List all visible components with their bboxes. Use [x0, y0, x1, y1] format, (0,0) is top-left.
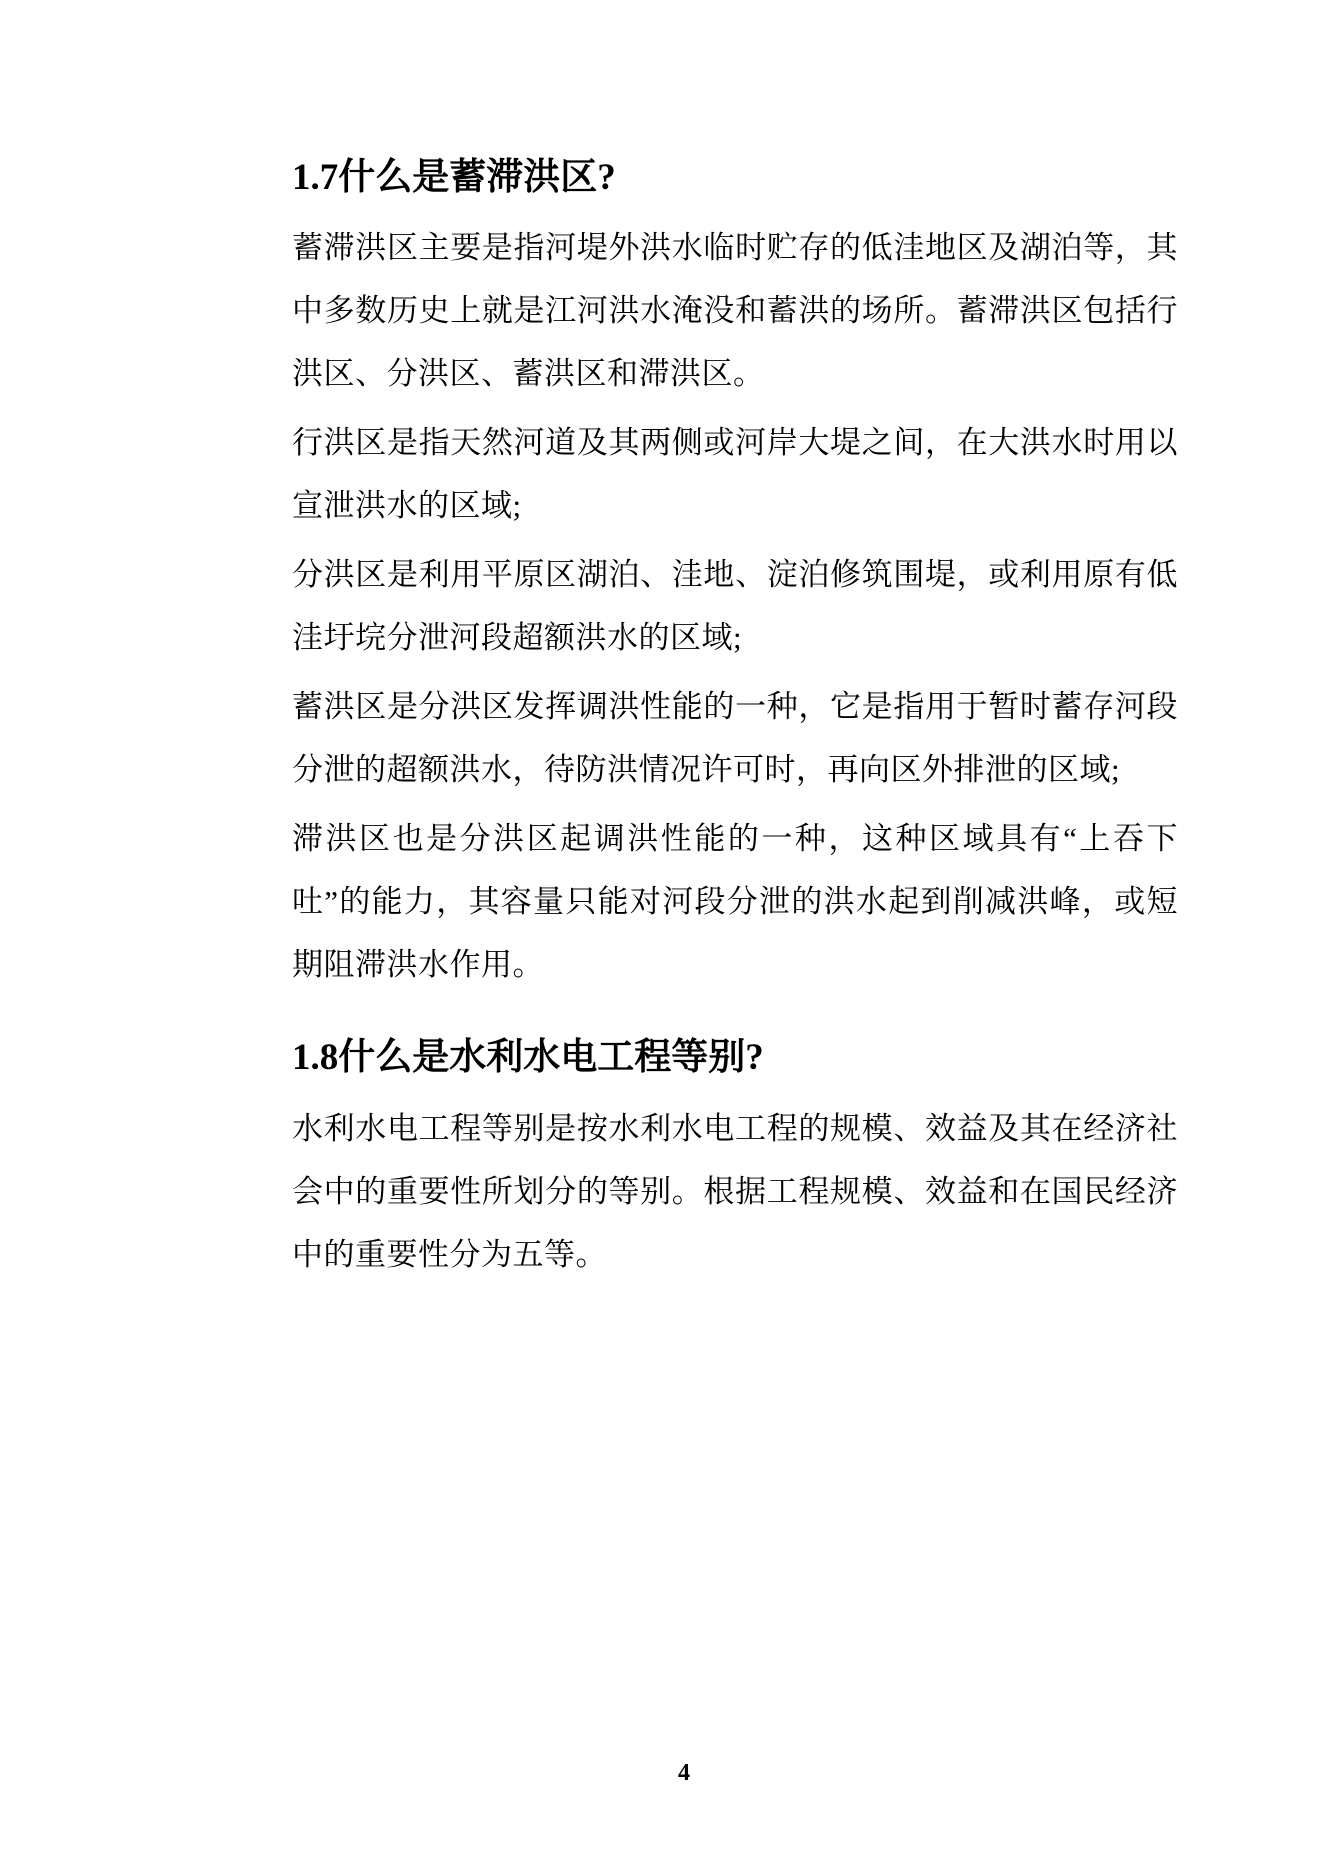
paragraph-flood-passage-zone: 行洪区是指天然河道及其两侧或河岸大堤之间，在大洪水时用以宣泄洪水的区域; — [292, 411, 1178, 537]
page-number: 4 — [560, 1760, 808, 1787]
paragraph-flood-storage-definition: 蓄滞洪区主要是指河堤外洪水临时贮存的低洼地区及湖泊等，其中多数历史上就是江河洪水… — [292, 216, 1178, 405]
paragraph-flood-storage-zone: 蓄洪区是分洪区发挥调洪性能的一种，它是指用于暂时蓄存河段分泄的超额洪水，待防洪情… — [292, 675, 1178, 801]
document-page: 1.7什么是蓄滞洪区? 蓄滞洪区主要是指河堤外洪水临时贮存的低洼地区及湖泊等，其… — [0, 0, 1323, 1871]
paragraph-flood-detention-zone: 滞洪区也是分洪区起调洪性能的一种，这种区域具有“上吞下吐”的能力，其容量只能对河… — [292, 807, 1178, 996]
paragraph-flood-diversion-zone: 分洪区是利用平原区湖泊、洼地、淀泊修筑围堤，或利用原有低洼圩垸分泄河段超额洪水的… — [292, 543, 1178, 669]
section-heading-1-7: 1.7什么是蓄滞洪区? — [292, 156, 1178, 200]
paragraph-project-grading-definition: 水利水电工程等别是按水利水电工程的规模、效益及其在经济社会中的重要性所划分的等别… — [292, 1097, 1178, 1286]
section-heading-1-8: 1.8什么是水利水电工程等别? — [292, 1036, 1178, 1080]
document-content: 1.7什么是蓄滞洪区? 蓄滞洪区主要是指河堤外洪水临时贮存的低洼地区及湖泊等，其… — [292, 156, 1178, 1292]
